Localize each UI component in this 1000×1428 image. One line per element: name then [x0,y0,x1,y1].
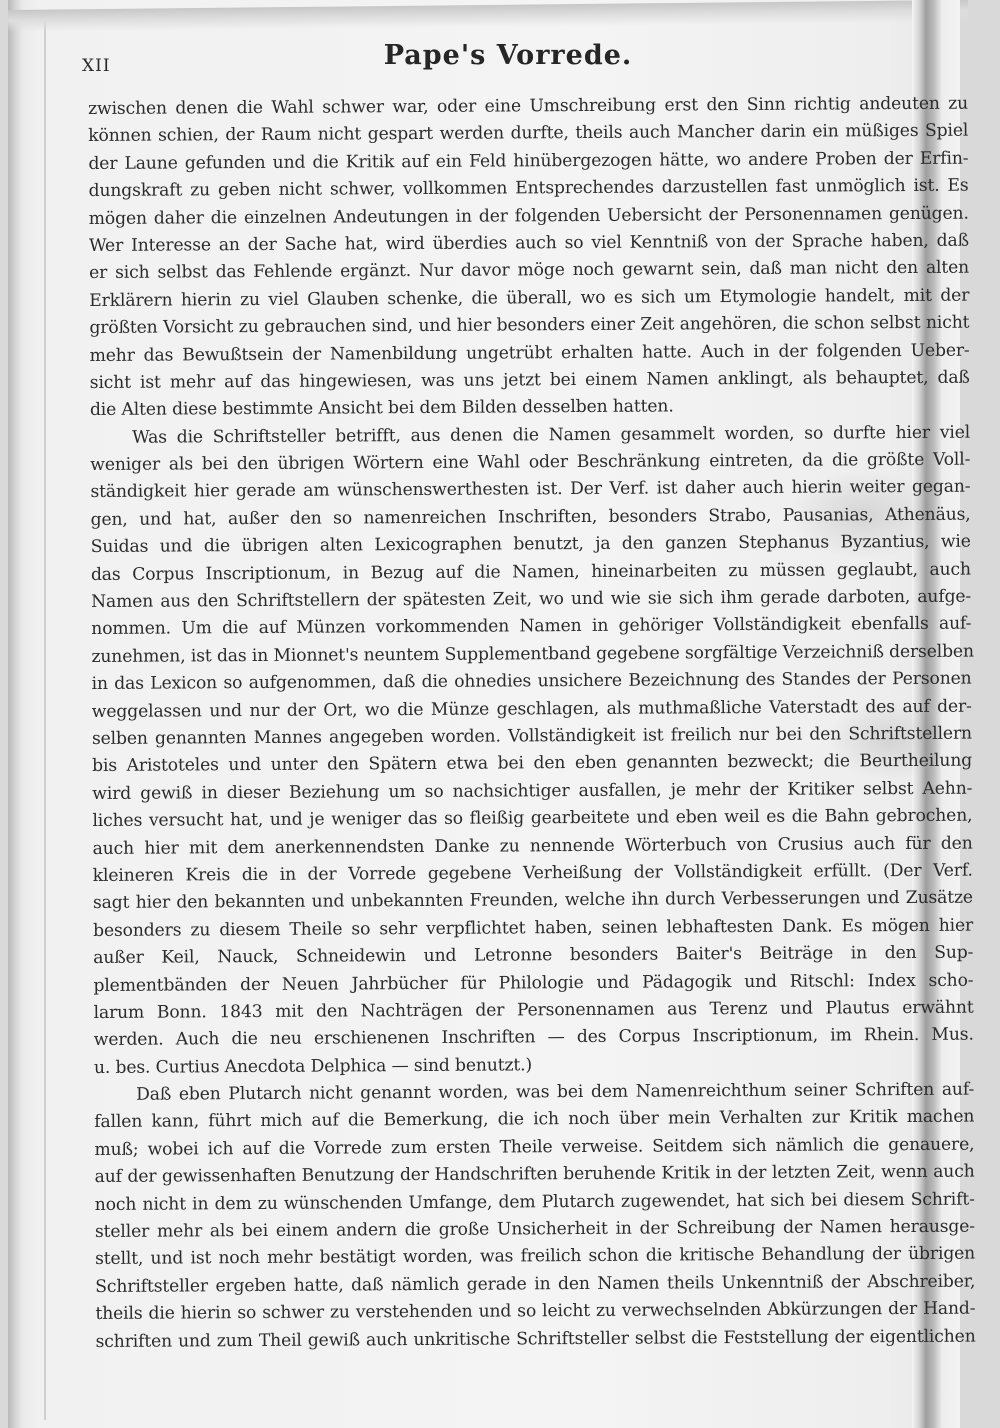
running-title: Pape's Vorrede. [68,40,948,71]
page-inner-edge [44,20,46,1420]
text-line: werden. Auch die neu erschienenen Inschr… [94,1022,974,1055]
page-header: XII Pape's Vorrede. [68,38,948,78]
book-page: XII Pape's Vorrede. zwischen denen die W… [8,0,960,1428]
text-line: schriften und zum Theil gewiß auch unkri… [96,1323,976,1356]
page-left-edge [8,0,22,1428]
body-text: zwischen denen die Wahl schwer war, oder… [88,91,976,1356]
text-line: sicht ist mehr auf das hingewiesen, was … [90,365,970,398]
top-scan-edge [8,0,968,32]
